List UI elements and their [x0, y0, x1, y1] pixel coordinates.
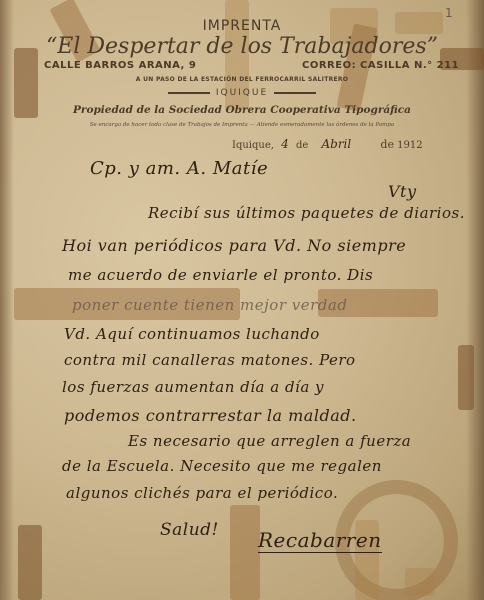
letterhead-location-note: A UN PASO DE LA ESTACIÓN DEL FERROCARRIL… — [0, 76, 484, 83]
letterhead-tagline: Se encarga de hacer toda clase de Trabaj… — [0, 122, 484, 128]
letter-line: algunos clichés para el periódico. — [66, 484, 338, 502]
letter-page: 1 IMPRENTA “El Despertar de los Trabajad… — [0, 0, 484, 600]
letter-closing: Salud! — [160, 520, 219, 540]
date-place: Iquique, — [232, 140, 274, 151]
letter-line: podemos contrarrestar la maldad. — [64, 406, 357, 425]
letter-salutation: Cp. y am. A. Matíe — [90, 158, 268, 179]
date-day: 4 — [281, 137, 289, 151]
letterhead-ownership: Propiedad de la Sociedad Obrera Cooperat… — [0, 104, 484, 116]
letter-line: los fuerzas aumentan día a día y — [62, 378, 324, 396]
letter-line: Recibí sus últimos paquetes de diarios. — [148, 204, 465, 222]
letter-aside-mark: Vty — [388, 182, 417, 201]
date-month: Abril — [321, 137, 351, 151]
stain-spot — [405, 568, 435, 596]
letter-line: me acuerdo de enviarle el pronto. Dis — [68, 266, 373, 284]
tape-stain — [18, 525, 42, 600]
letter-line: Es necesario que arreglen a fuerza — [128, 432, 411, 450]
date-de: de — [296, 140, 308, 151]
letter-line-obscured: poner cuente tienen mejor verdad — [72, 296, 347, 314]
letter-signature: Recabarren — [258, 528, 382, 553]
letter-date: Iquique, 4 de Abril de 1912 — [232, 137, 423, 151]
letter-line: Hoi van periódicos para Vd. No siempre — [62, 236, 406, 255]
letter-line: de la Escuela. Necesito que me regalen — [62, 457, 382, 475]
letterhead-address: CALLE BARROS ARANA, 9 — [44, 60, 196, 71]
letterhead-title: “El Despertar de los Trabajadores” — [0, 34, 484, 59]
letterhead-po-box: CORREO: CASILLA N.° 211 — [302, 60, 459, 71]
date-year: 1912 — [397, 140, 422, 151]
letter-line: contra mil canalleras matones. Pero — [64, 351, 356, 369]
tape-stain — [458, 345, 474, 410]
date-de: de — [380, 138, 394, 151]
letterhead-city: IQUIQUE — [0, 88, 484, 98]
letterhead-imprenta: IMPRENTA — [0, 18, 484, 34]
tape-stain-vertical — [230, 505, 260, 600]
letter-line: Vd. Aquí continuamos luchando — [64, 325, 320, 343]
